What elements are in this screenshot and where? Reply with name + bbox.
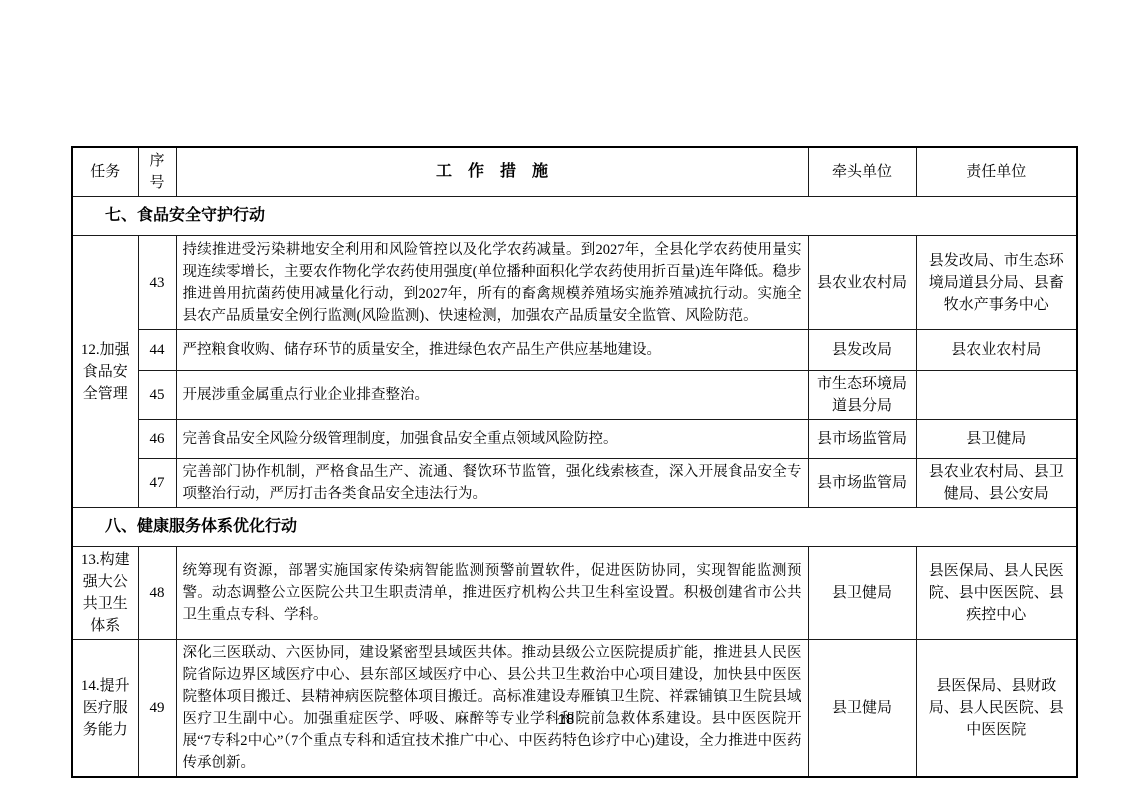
table-row: 12.加强食品安全管理 43 持续推进受污染耕地安全利用和风险管控以及化学农药减… bbox=[72, 236, 1077, 330]
seq-cell: 45 bbox=[138, 371, 176, 420]
responsible-unit-cell bbox=[916, 371, 1077, 420]
measure-cell: 完善食品安全风险分级管理制度，加强食品安全重点领域风险防控。 bbox=[176, 420, 808, 459]
table-row: 47 完善部门协作机制，严格食品生产、流通、餐饮环节监管，强化线索核查，深入开展… bbox=[72, 459, 1077, 508]
section-title: 八、健康服务体系优化行动 bbox=[72, 508, 1077, 547]
responsible-unit-cell: 县农业农村局 bbox=[916, 330, 1077, 371]
table-row: 46 完善食品安全风险分级管理制度，加强食品安全重点领域风险防控。 县市场监管局… bbox=[72, 420, 1077, 459]
responsible-unit-cell: 县卫健局 bbox=[916, 420, 1077, 459]
seq-cell: 48 bbox=[138, 547, 176, 640]
measure-cell: 开展涉重金属重点行业企业排查整治。 bbox=[176, 371, 808, 420]
measure-cell: 严控粮食收购、储存环节的质量安全，推进绿色农产品生产供应基地建设。 bbox=[176, 330, 808, 371]
responsible-unit-cell: 县医保局、县人民医院、县中医医院、县疾控中心 bbox=[916, 547, 1077, 640]
table-row: 44 严控粮食收购、储存环节的质量安全，推进绿色农产品生产供应基地建设。 县发改… bbox=[72, 330, 1077, 371]
lead-unit-cell: 市生态环境局道县分局 bbox=[808, 371, 916, 420]
table-header-row: 任务 序号 工 作 措 施 牵头单位 责任单位 bbox=[72, 147, 1077, 197]
section-band-7: 七、食品安全守护行动 bbox=[72, 197, 1077, 236]
measure-cell: 深化三医联动、六医协同，建设紧密型县域医共体。推动县级公立医院提质扩能，推进县人… bbox=[176, 640, 808, 778]
col-header-lead-unit: 牵头单位 bbox=[808, 147, 916, 197]
lead-unit-cell: 县发改局 bbox=[808, 330, 916, 371]
task-cell: 12.加强食品安全管理 bbox=[72, 236, 138, 508]
responsible-unit-cell: 县医保局、县财政局、县人民医院、县中医医院 bbox=[916, 640, 1077, 778]
page-number: 18 bbox=[0, 711, 1132, 728]
col-header-task: 任务 bbox=[72, 147, 138, 197]
section-band-8: 八、健康服务体系优化行动 bbox=[72, 508, 1077, 547]
responsible-unit-cell: 县发改局、市生态环境局道县分局、县畜牧水产事务中心 bbox=[916, 236, 1077, 330]
work-measures-table: 任务 序号 工 作 措 施 牵头单位 责任单位 七、食品安全守护行动 12.加强… bbox=[71, 146, 1078, 778]
seq-cell: 46 bbox=[138, 420, 176, 459]
measure-cell: 持续推进受污染耕地安全利用和风险管控以及化学农药减量。到2027年，全县化学农药… bbox=[176, 236, 808, 330]
seq-cell: 43 bbox=[138, 236, 176, 330]
lead-unit-cell: 县卫健局 bbox=[808, 547, 916, 640]
measure-cell: 统筹现有资源，部署实施国家传染病智能监测预警前置软件，促进医防协同，实现智能监测… bbox=[176, 547, 808, 640]
table-row: 14.提升医疗服务能力 49 深化三医联动、六医协同，建设紧密型县域医共体。推动… bbox=[72, 640, 1077, 778]
lead-unit-cell: 县市场监管局 bbox=[808, 420, 916, 459]
seq-cell: 47 bbox=[138, 459, 176, 508]
lead-unit-cell: 县市场监管局 bbox=[808, 459, 916, 508]
measure-cell: 完善部门协作机制，严格食品生产、流通、餐饮环节监管，强化线索核查，深入开展食品安… bbox=[176, 459, 808, 508]
col-header-measures: 工 作 措 施 bbox=[176, 147, 808, 197]
task-cell: 14.提升医疗服务能力 bbox=[72, 640, 138, 778]
lead-unit-cell: 县农业农村局 bbox=[808, 236, 916, 330]
table-row: 13.构建强大公共卫生体系 48 统筹现有资源，部署实施国家传染病智能监测预警前… bbox=[72, 547, 1077, 640]
seq-cell: 49 bbox=[138, 640, 176, 778]
document-page: 任务 序号 工 作 措 施 牵头单位 责任单位 七、食品安全守护行动 12.加强… bbox=[0, 0, 1132, 794]
lead-unit-cell: 县卫健局 bbox=[808, 640, 916, 778]
col-header-seq: 序号 bbox=[138, 147, 176, 197]
col-header-responsible-unit: 责任单位 bbox=[916, 147, 1077, 197]
section-title: 七、食品安全守护行动 bbox=[72, 197, 1077, 236]
seq-cell: 44 bbox=[138, 330, 176, 371]
responsible-unit-cell: 县农业农村局、县卫健局、县公安局 bbox=[916, 459, 1077, 508]
task-cell: 13.构建强大公共卫生体系 bbox=[72, 547, 138, 640]
table-row: 45 开展涉重金属重点行业企业排查整治。 市生态环境局道县分局 bbox=[72, 371, 1077, 420]
